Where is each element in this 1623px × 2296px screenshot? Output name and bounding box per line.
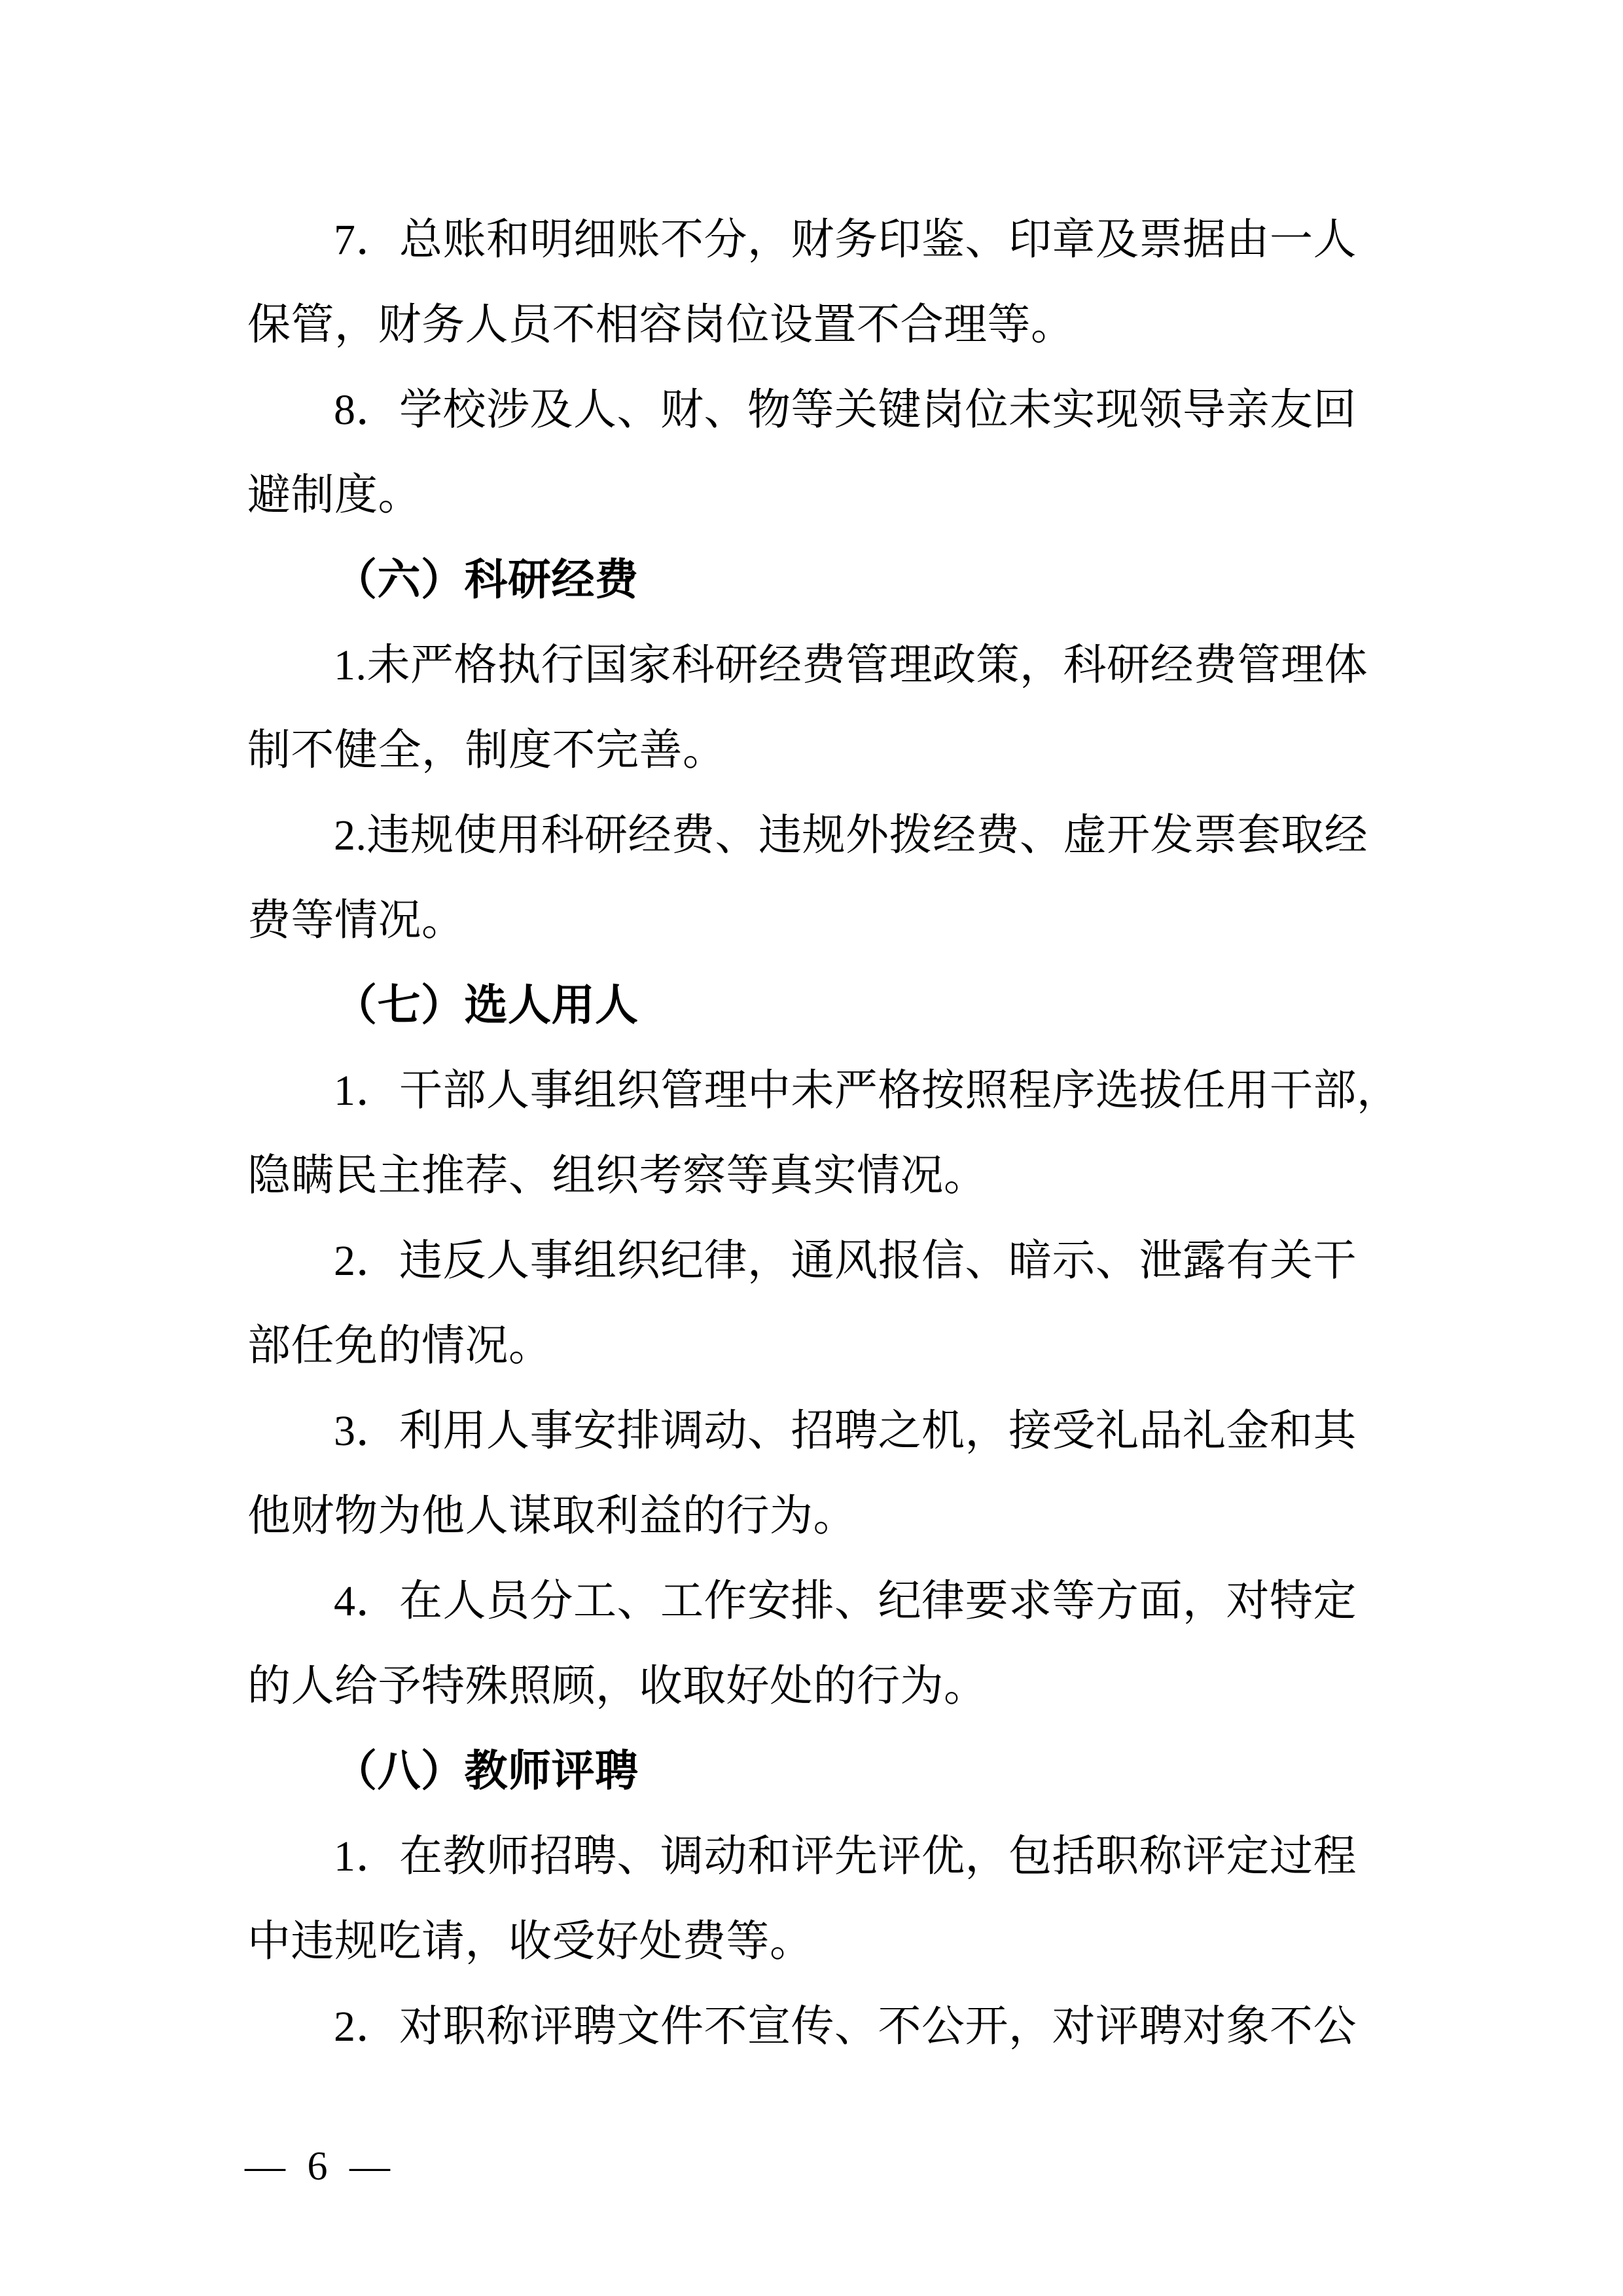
text-line: 保管，财务人员不相容岗位设置不合理等。 xyxy=(247,283,1530,368)
text-line: 的人给予特殊照顾，收取好处的行为。 xyxy=(247,1644,1530,1729)
page-footer: — 6 — xyxy=(245,2140,390,2193)
section-heading: （八）教师评聘 xyxy=(247,1729,1530,1814)
section-heading: （七）选人用人 xyxy=(247,963,1530,1049)
document-page: 7．总账和明细账不分，财务印鉴、印章及票据由一人保管，财务人员不相容岗位设置不合… xyxy=(0,0,1623,2296)
text-line: 他财物为他人谋取利益的行为。 xyxy=(247,1474,1530,1559)
text-line: 部任免的情况。 xyxy=(247,1304,1530,1389)
text-line: 7．总账和明细账不分，财务印鉴、印章及票据由一人 xyxy=(247,198,1530,283)
text-line: 中违规吃请，收受好处费等。 xyxy=(247,1899,1530,1984)
text-line: 1．干部人事组织管理中未严格按照程序选拔任用干部， xyxy=(247,1049,1530,1134)
text-line: 1．在教师招聘、调动和评先评优，包括职称评定过程 xyxy=(247,1814,1530,1899)
page-number: — 6 — xyxy=(245,2144,390,2189)
text-line: 2．违反人事组织纪律，通风报信、暗示、泄露有关干 xyxy=(247,1219,1530,1304)
text-line: 2.违规使用科研经费、违规外拨经费、虚开发票套取经 xyxy=(247,793,1530,878)
section-heading: （六）科研经费 xyxy=(247,538,1530,623)
document-body: 7．总账和明细账不分，财务印鉴、印章及票据由一人保管，财务人员不相容岗位设置不合… xyxy=(247,198,1530,2070)
text-line: 1.未严格执行国家科研经费管理政策，科研经费管理体 xyxy=(247,623,1530,708)
text-line: 3．利用人事安排调动、招聘之机，接受礼品礼金和其 xyxy=(247,1389,1530,1474)
text-line: 隐瞒民主推荐、组织考察等真实情况。 xyxy=(247,1134,1530,1219)
text-line: 避制度。 xyxy=(247,453,1530,538)
text-line: 制不健全，制度不完善。 xyxy=(247,708,1530,793)
text-line: 费等情况。 xyxy=(247,878,1530,963)
text-line: 8．学校涉及人、财、物等关键岗位未实现领导亲友回 xyxy=(247,368,1530,453)
text-line: 4．在人员分工、工作安排、纪律要求等方面，对特定 xyxy=(247,1559,1530,1644)
text-line: 2．对职称评聘文件不宣传、不公开，对评聘对象不公 xyxy=(247,1984,1530,2070)
